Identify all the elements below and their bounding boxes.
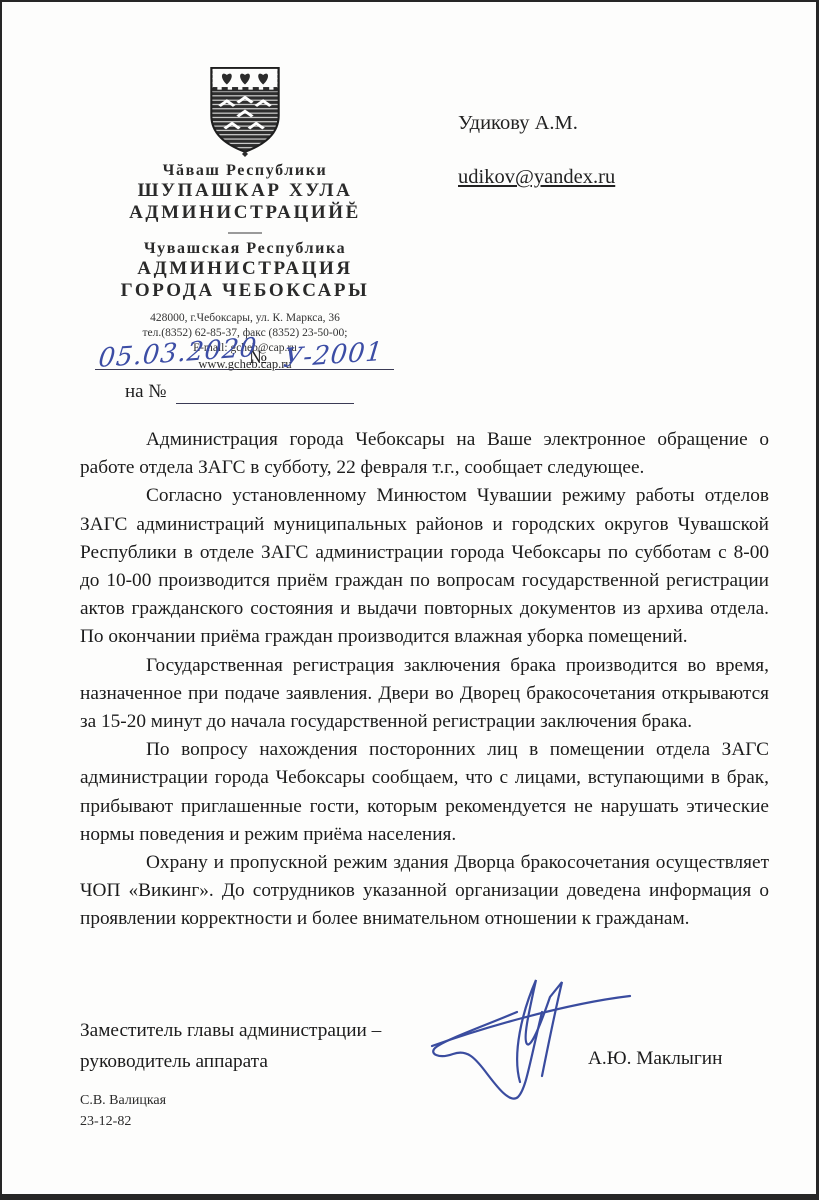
letterhead-chuvash-line1: ШУПАШКАР ХУЛА: [100, 180, 390, 202]
executor-block: С.В. Валицкая 23-12-82: [80, 1090, 166, 1132]
body-paragraph: Согласно установленному Минюстом Чувашии…: [80, 482, 769, 651]
letterhead-chuvash-republic: Чăваш Республики: [100, 162, 390, 180]
reference-block: 05.03.2020 № У-2001 на №: [95, 336, 415, 404]
handwritten-signature-icon: [422, 970, 637, 1115]
signer-position-line1: Заместитель главы администрации –: [80, 1015, 381, 1046]
letterhead-postal-address: 428000, г.Чебоксары, ул. К. Маркса, 36: [100, 311, 390, 326]
letterhead-russian-line2: ГОРОДА ЧЕБОКСАРЫ: [100, 280, 390, 302]
date-field: 05.03.2020: [95, 335, 237, 370]
addressee-name: Удикову А.М.: [458, 112, 615, 135]
body-paragraph: Охрану и пропускной режим здания Дворца …: [80, 849, 769, 934]
body-paragraph: Администрация города Чебоксары на Ваше э…: [80, 426, 769, 482]
handwritten-number: У-2001: [282, 337, 385, 374]
letterhead: Чăваш Республики ШУПАШКАР ХУЛА АДМИНИСТР…: [100, 62, 390, 372]
signer-position: Заместитель главы администрации – руково…: [80, 1015, 381, 1077]
letterhead-chuvash-line2: АДМИНИСТРАЦИЙĔ: [100, 202, 390, 224]
body-paragraph: Государственная регистрация заключения б…: [80, 652, 769, 737]
letter-body: Администрация города Чебоксары на Ваше э…: [80, 426, 769, 934]
handwritten-date: 05.03.2020: [97, 333, 259, 374]
letterhead-russian-republic: Чувашская Республика: [100, 240, 390, 258]
letterhead-divider: [228, 232, 262, 234]
letterhead-russian-line1: АДМИНИСТРАЦИЯ: [100, 258, 390, 280]
signer-name: А.Ю. Маклыгин: [588, 1048, 722, 1070]
reply-to-number-field: [176, 373, 354, 404]
addressee-email: udikov@yandex.ru: [458, 166, 615, 189]
executor-name: С.В. Валицкая: [80, 1090, 166, 1111]
scanned-letter-page: Чăваш Республики ШУПАШКАР ХУЛА АДМИНИСТР…: [0, 0, 819, 1200]
body-paragraph: По вопросу нахождения посторонних лиц в …: [80, 736, 769, 849]
reply-to-label: на №: [125, 381, 166, 403]
addressee-block: Удикову А.М. udikov@yandex.ru: [458, 112, 615, 189]
outgoing-number-field: У-2001: [276, 335, 394, 370]
executor-phone: 23-12-82: [80, 1111, 166, 1132]
coat-of-arms-icon: [206, 62, 284, 157]
signer-position-line2: руководитель аппарата: [80, 1046, 381, 1077]
